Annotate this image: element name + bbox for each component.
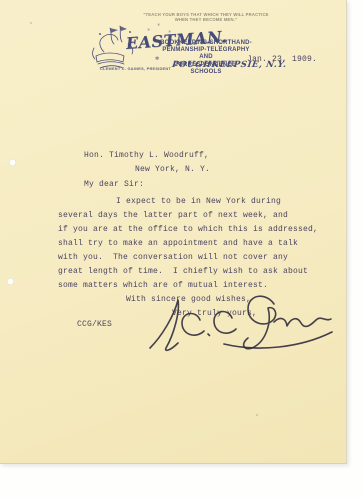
letterhead-subjects: BOOKKEEPING-SHORTHAND- PENMANSHIP-TELEGR… <box>160 40 252 76</box>
reference-initials: CCG/KES <box>77 320 112 329</box>
letter-line: great length of time. I chiefly wish to … <box>58 267 308 276</box>
letter-line: with you. The conversation will not cove… <box>58 253 288 262</box>
signature-handwriting <box>140 292 335 354</box>
paper-speck <box>256 414 258 416</box>
letter-line: if you are at the office to which this i… <box>58 225 318 234</box>
salutation-line: My dear Sir: <box>84 180 144 189</box>
subject-line: BOOKKEEPING-SHORTHAND- <box>160 40 252 47</box>
letter-line: shall try to make an appointment and hav… <box>58 239 298 248</box>
punch-hole <box>7 278 14 285</box>
letter-date: Jan. 23, 1909. <box>247 55 317 64</box>
letter-paper: "TEACH YOUR BOYS THAT WHICH THEY WILL PR… <box>0 0 347 464</box>
paper-speck <box>30 22 32 24</box>
letterhead-president: CLEMENT C. GAINES, PRESIDENT <box>100 67 171 71</box>
letter-line: several days the latter part of next wee… <box>58 211 288 220</box>
letterhead-motto: "TEACH YOUR BOYS THAT WHICH THEY WILL PR… <box>138 12 274 22</box>
sprinkle-icon: ✳ <box>157 22 160 27</box>
letter-line: some matters which are of mutual interes… <box>58 281 268 290</box>
letter-line: I expect to be in New York during <box>116 197 281 206</box>
dots-cluster-icon: ✲ <box>155 56 159 62</box>
recipient-name-line: Hon. Timothy L. Woodruff, <box>84 151 209 160</box>
scanned-letter-page: { "colors": { "paper": "#f6ebc1", "lette… <box>0 0 363 500</box>
punch-hole <box>9 159 16 166</box>
recipient-city-line: New York, N. Y. <box>135 165 210 174</box>
